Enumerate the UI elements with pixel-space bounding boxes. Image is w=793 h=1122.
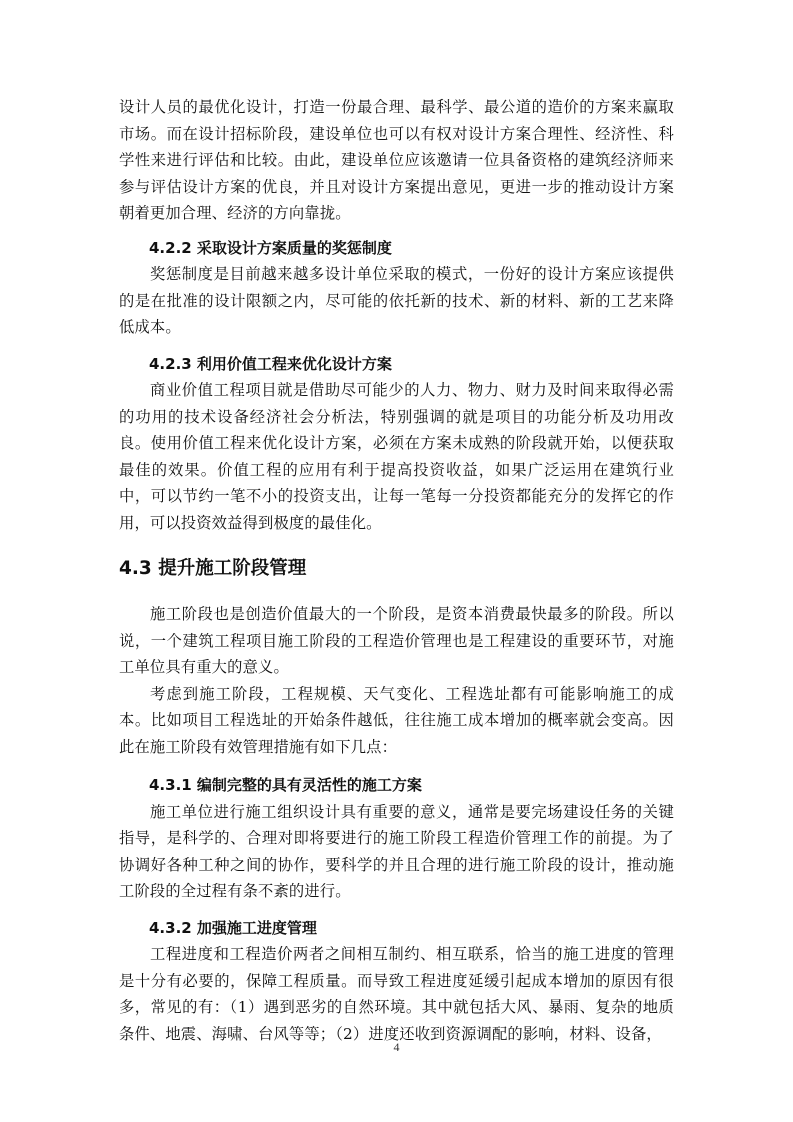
- paragraph-4-3-2: 工程进度和工程造价两者之间相互制约、相互联系，恰当的施工进度的管理是十分有必要的…: [119, 941, 674, 1047]
- heading-4-3-2: 4.3.2 加强施工进度管理: [119, 915, 674, 942]
- heading-4-2-2: 4.2.2 采取设计方案质量的奖惩制度: [119, 235, 674, 262]
- paragraph-4-3-a: 施工阶段也是创造价值最大的一个阶段，是资本消费最快最多的阶段。所以说，一个建筑工…: [119, 601, 674, 681]
- paragraph-4-2-2: 奖惩制度是目前越来越多设计单位采取的模式，一份好的设计方案应该提供的是在批准的设…: [119, 261, 674, 341]
- paragraph-4-3-b: 考虑到施工阶段，工程规模、天气变化、工程选址都有可能影响施工的成本。比如项目工程…: [119, 681, 674, 761]
- paragraph-4-2-3: 商业价值工程项目就是借助尽可能少的人力、物力、财力及时间来取得必需的功用的技术设…: [119, 377, 674, 536]
- document-page: 设计人员的最优化设计，打造一份最合理、最科学、最公道的造价的方案来赢取市场。而在…: [119, 94, 674, 1047]
- heading-4-2-3: 4.2.3 利用价值工程来优化设计方案: [119, 351, 674, 378]
- heading-4-3: 4.3 提升施工阶段管理: [119, 554, 674, 584]
- heading-4-3-1: 4.3.1 编制完整的具有灵活性的施工方案: [119, 772, 674, 799]
- paragraph-4-3-1: 施工单位进行施工组织设计具有重要的意义，通常是要完场建设任务的关键指导，是科学的…: [119, 799, 674, 905]
- paragraph-continuation: 设计人员的最优化设计，打造一份最合理、最科学、最公道的造价的方案来赢取市场。而在…: [119, 94, 674, 227]
- page-number: 4: [0, 1040, 793, 1055]
